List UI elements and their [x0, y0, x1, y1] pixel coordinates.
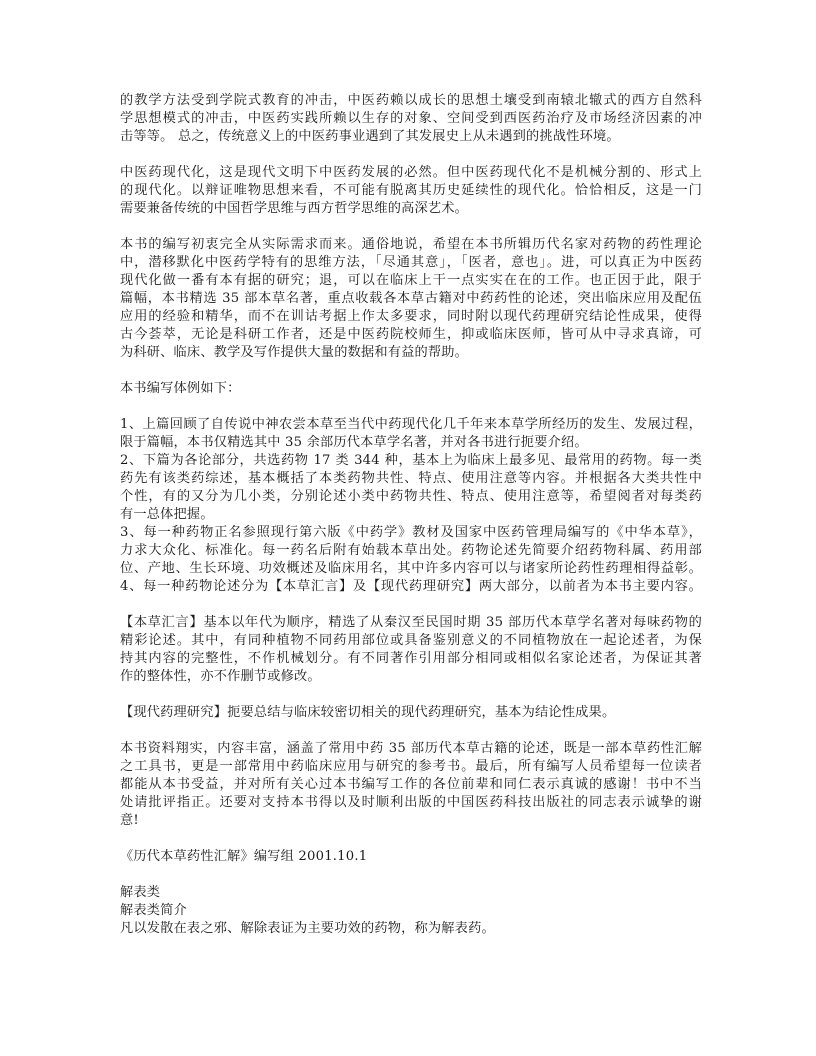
text-line: 凡以发散在表之邪、解除表证为主要功效的药物，称为解表药。 — [120, 920, 702, 938]
text-line: 持其内容的完整性，不作机械划分。有不同著作引用部分相同或相似名家论述者，为保证其… — [120, 650, 702, 668]
paragraph-bencao-huiyan: 【本草汇言】基本以年代为顺序，精选了从秦汉至民国时期 35 部历代本草学名著对每… — [120, 614, 702, 686]
document-page: 的教学方法受到学院式教育的冲击，中医药赖以成长的思想土壤受到南辕北辙式的西方自然… — [120, 92, 702, 938]
text-line: 作的整体性，亦不作删节或修改。 — [120, 668, 702, 686]
text-line: 【本草汇言】基本以年代为顺序，精选了从秦汉至民国时期 35 部历代本草学名著对每… — [120, 614, 702, 632]
section-title: 解表类简介 — [120, 902, 702, 920]
text-line: 篇幅，本书精选 35 部本草名著，重点收载各本草古籍对中药药性的论述，突出临床应… — [120, 290, 702, 308]
text-line: 击等等。 总之，传统意义上的中医药事业遇到了其发展史上从未遇到的挑战性环境。 — [120, 128, 702, 146]
paragraph-signature: 《历代本草药性汇解》编写组 2001.10.1 — [120, 848, 702, 866]
list-item-line: 3、每一种药物正名参照现行第六版《中药学》教材及国家中医药管理局编写的《中华本草… — [120, 524, 702, 542]
text-line: 为科研、临床、教学及写作提供大量的数据和有益的帮助。 — [120, 344, 702, 362]
text-line: 现代化做一番有本有据的研究；退，可以在临床上干一点实实在在的工作。也正因于此，限… — [120, 272, 702, 290]
text-line: 需要兼备传统的中国哲学思维与西方哲学思维的高深艺术。 — [120, 200, 702, 218]
text-line: 学思想模式的冲击，中医药实践所赖以生存的对象、空间受到西医药治疗及市场经济因素的… — [120, 110, 702, 128]
text-line: 意! — [120, 812, 702, 830]
list-item-line: 药先有该类药综述，基本概括了本类药物共性、特点、使用注意等内容。并根据各大类共性… — [120, 470, 702, 488]
text-line: 的教学方法受到学院式教育的冲击，中医药赖以成长的思想土壤受到南辕北辙式的西方自然… — [120, 92, 702, 110]
list-item-line: 有一总体把握。 — [120, 506, 702, 524]
list-item-line: 限于篇幅，本书仅精选其中 35 余部历代本草学名著，并对各书进行扼要介绍。 — [120, 434, 702, 452]
list-item-line: 1、上篇回顾了自传说中神农尝本草至当代中药现代化几千年来本草学所经历的发生、发展… — [120, 416, 702, 434]
text-line: 处请批评指正。还要对支持本书得以及时顺利出版的中国医药科技出版社的同志表示诚挚的… — [120, 794, 702, 812]
paragraph-conventions-list: 1、上篇回顾了自传说中神农尝本草至当代中药现代化几千年来本草学所经历的发生、发展… — [120, 416, 702, 596]
text-line: 都能从本书受益，并对所有关心过本书编写工作的各位前辈和同仁表示真诚的感谢！书中不… — [120, 776, 702, 794]
paragraph-intro-tail: 的教学方法受到学院式教育的冲击，中医药赖以成长的思想土壤受到南辕北辙式的西方自然… — [120, 92, 702, 146]
section-heading: 本书编写体例如下： — [120, 380, 702, 398]
list-item-line: 个性，有的又分为几小类，分别论述小类中药物共性、特点、使用注意等，希望阅者对每类… — [120, 488, 702, 506]
text-line: 本书资料翔实，内容丰富，涵盖了常用中药 35 部历代本草古籍的论述，既是一部本草… — [120, 740, 702, 758]
signature-line: 《历代本草药性汇解》编写组 2001.10.1 — [120, 848, 702, 866]
paragraph-chapter-start: 解表类 解表类简介 凡以发散在表之邪、解除表证为主要功效的药物，称为解表药。 — [120, 884, 702, 938]
text-line: 【现代药理研究】扼要总结与临床较密切相关的现代药理研究，基本为结论性成果。 — [120, 704, 702, 722]
text-line: 的现代化。以辩证唯物思想来看，不可能有脱离其历史延续性的现代化。恰恰相反，这是一… — [120, 182, 702, 200]
text-line: 古今荟萃，无论是科研工作者，还是中医药院校师生，抑或临床医师，皆可从中寻求真谛，… — [120, 326, 702, 344]
paragraph-acknowledgement: 本书资料翔实，内容丰富，涵盖了常用中药 35 部历代本草古籍的论述，既是一部本草… — [120, 740, 702, 830]
text-line: 本书的编写初衷完全从实际需求而来。通俗地说，希望在本书所辑历代名家对药物的药性理… — [120, 236, 702, 254]
text-line: 中，潜移默化中医药学特有的思维方法，「尽通其意」，「医者，意也」。进，可以真正为… — [120, 254, 702, 272]
paragraph-modern-pharmacology: 【现代药理研究】扼要总结与临床较密切相关的现代药理研究，基本为结论性成果。 — [120, 704, 702, 722]
paragraph-purpose: 本书的编写初衷完全从实际需求而来。通俗地说，希望在本书所辑历代名家对药物的药性理… — [120, 236, 702, 362]
list-item-line: 位、产地、生长环境、功效概述及临床用名，其中许多内容可以与诸家所论药性药理相得益… — [120, 560, 702, 578]
list-item-line: 4、每一种药物论述分为【本草汇言】及【现代药理研究】两大部分，以前者为本书主要内… — [120, 578, 702, 596]
paragraph-conventions-heading: 本书编写体例如下： — [120, 380, 702, 398]
text-line: 精彩论述。其中，有同种植物不同药用部位或具备鉴别意义的不同植物放在一起论述者，为… — [120, 632, 702, 650]
paragraph-modernization: 中医药现代化，这是现代文明下中医药发展的必然。但中医药现代化不是机械分割的、形式… — [120, 164, 702, 218]
text-line: 中医药现代化，这是现代文明下中医药发展的必然。但中医药现代化不是机械分割的、形式… — [120, 164, 702, 182]
list-item-line: 2、下篇为各论部分，共选药物 17 类 344 种，基本上为临床上最多见、最常用… — [120, 452, 702, 470]
list-item-line: 力求大众化、标准化。每一药名后附有始载本草出处。药物论述先简要介绍药物科属、药用… — [120, 542, 702, 560]
chapter-title: 解表类 — [120, 884, 702, 902]
text-line: 应用的经验和精华，而不在训诂考据上作太多要求，同时附以现代药理研究结论性成果，使… — [120, 308, 702, 326]
text-line: 之工具书，更是一部常用中药临床应用与研究的参考书。最后，所有编写人员希望每一位读… — [120, 758, 702, 776]
